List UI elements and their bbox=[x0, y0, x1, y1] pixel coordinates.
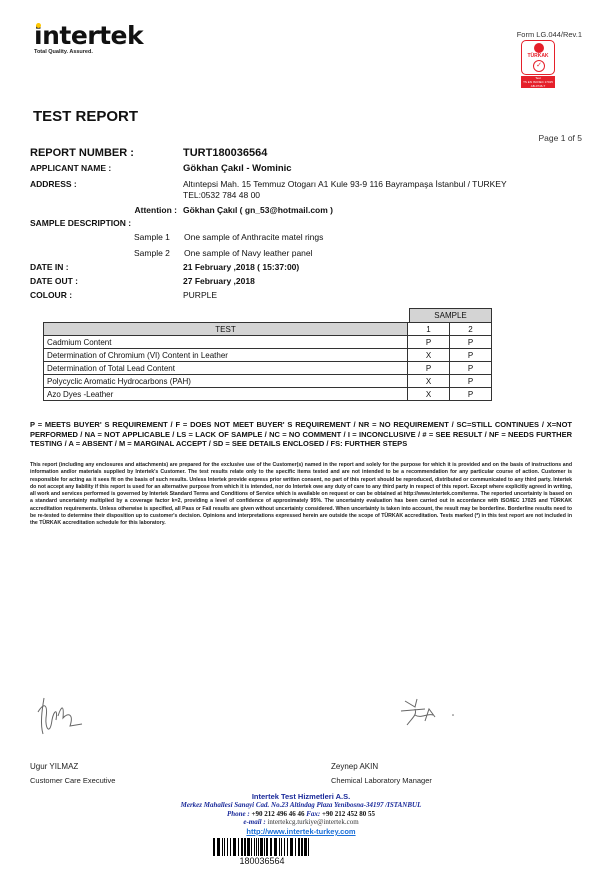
phone-number: +90 212 496 46 46 bbox=[252, 810, 305, 818]
sample-header: SAMPLE bbox=[410, 309, 492, 323]
sample-1-result-cell: X bbox=[408, 388, 450, 401]
badge-name: TÜRKAK bbox=[522, 53, 554, 59]
sample-1-text: One sample of Anthracite matel rings bbox=[184, 232, 323, 242]
phone-label: Phone : bbox=[227, 810, 250, 818]
signatory-1-name: Ugur YILMAZ bbox=[30, 762, 78, 771]
form-number: Form LG.044/Rev.1 bbox=[517, 30, 582, 39]
results-table: TEST 1 2 Cadmium ContentPPDetermination … bbox=[43, 322, 492, 401]
table-row: Determination of Total Lead ContentPP bbox=[44, 362, 492, 375]
sample-2-column-header: 2 bbox=[450, 323, 492, 336]
table-header-row: TEST 1 2 bbox=[44, 323, 492, 336]
website-link[interactable]: http://www.intertek-turkey.com bbox=[246, 827, 355, 836]
logo-text: intertek bbox=[34, 21, 143, 50]
sample-2-result-cell: P bbox=[450, 336, 492, 349]
logo-dot-icon bbox=[36, 23, 41, 28]
sample-2-result-cell: P bbox=[450, 388, 492, 401]
footer-company: Intertek Test Hizmetleri A.S. bbox=[0, 792, 602, 801]
turkak-accreditation-badge: TÜRKAK ✓ Test TS EN ISO/IEC 17025 AB-074… bbox=[521, 40, 555, 88]
test-column-header: TEST bbox=[44, 323, 408, 336]
intertek-logo: intertek Total Quality. Assured. bbox=[34, 24, 143, 55]
table-row: Azo Dyes -LeatherXP bbox=[44, 388, 492, 401]
badge-band: Test TS EN ISO/IEC 17025 AB-0746-T bbox=[521, 76, 555, 88]
checkmark-icon: ✓ bbox=[533, 60, 545, 72]
test-name-cell: Determination of Total Lead Content bbox=[44, 362, 408, 375]
email-link[interactable]: intertekcg.turkiye@intertek.com bbox=[267, 818, 358, 826]
page-indicator: Page 1 of 5 bbox=[539, 133, 582, 143]
sample-1-result-cell: X bbox=[408, 375, 450, 388]
date-out: 27 February ,2018 bbox=[183, 276, 255, 286]
test-name-cell: Polycyclic Aromatic Hydrocarbons (PAH) bbox=[44, 375, 408, 388]
barcode-number: 180036564 bbox=[213, 856, 311, 866]
table-row: Cadmium ContentPP bbox=[44, 336, 492, 349]
sample-1-result-cell: P bbox=[408, 336, 450, 349]
sample-2-label: Sample 2 bbox=[134, 248, 170, 258]
table-row: Determination of Chromium (VI) Content i… bbox=[44, 349, 492, 362]
fax-number: +90 212 452 80 55 bbox=[322, 810, 375, 818]
fax-label: Fax: bbox=[306, 810, 320, 818]
email-label: e-mail : bbox=[243, 818, 265, 826]
sample-2-result-cell: P bbox=[450, 349, 492, 362]
badge-band-line: AB-0746-T bbox=[521, 84, 555, 88]
footer-website-row: http://www.intertek-turkey.com bbox=[0, 827, 602, 836]
date-out-label: DATE OUT : bbox=[30, 276, 78, 286]
test-name-cell: Azo Dyes -Leather bbox=[44, 388, 408, 401]
test-name-cell: Determination of Chromium (VI) Content i… bbox=[44, 349, 408, 362]
address-line-1: Altıntepsi Mah. 15 Temmuz Otogarı A1 Kul… bbox=[183, 179, 507, 189]
sample-2-result-cell: P bbox=[450, 362, 492, 375]
report-number: TURT180036564 bbox=[183, 147, 267, 159]
footer-email: e-mail : intertekcg.turkiye@intertek.com bbox=[0, 818, 602, 826]
table-row: Polycyclic Aromatic Hydrocarbons (PAH)XP bbox=[44, 375, 492, 388]
disclaimer: This report (including any enclosures an… bbox=[30, 462, 572, 528]
colour-label: COLOUR : bbox=[30, 290, 72, 300]
report-number-label: REPORT NUMBER : bbox=[30, 147, 134, 159]
applicant-label: APPLICANT NAME : bbox=[30, 163, 111, 173]
attention-value: Gökhan Çakıl ( gn_53@hotmail.com ) bbox=[183, 205, 333, 215]
sample-1-result-cell: P bbox=[408, 362, 450, 375]
crescent-icon bbox=[534, 43, 544, 53]
applicant-name: Gökhan Çakıl - Wominic bbox=[183, 163, 292, 174]
sample-2-text: One sample of Navy leather panel bbox=[184, 248, 313, 258]
signatory-2-name: Zeynep AKIN bbox=[331, 762, 378, 771]
date-in: 21 February ,2018 ( 15:37:00) bbox=[183, 262, 299, 272]
signatory-1-title: Customer Care Executive bbox=[30, 776, 115, 785]
footer-phone-fax: Phone : +90 212 496 46 46 Fax: +90 212 4… bbox=[0, 810, 602, 818]
result-legend: P = MEETS BUYER' S REQUIREMENT / F = DOE… bbox=[30, 420, 572, 449]
sample-header-table: SAMPLE bbox=[409, 308, 492, 323]
page-title: TEST REPORT bbox=[33, 108, 138, 125]
colour-value: PURPLE bbox=[183, 290, 217, 300]
address-line-2: TEL:0532 784 48 00 bbox=[183, 190, 260, 200]
sample-1-label: Sample 1 bbox=[134, 232, 170, 242]
barcode bbox=[213, 838, 311, 856]
sample-1-column-header: 1 bbox=[408, 323, 450, 336]
sample-description-label: SAMPLE DESCRIPTION : bbox=[30, 218, 131, 228]
signature-zeynep-akin bbox=[395, 695, 465, 735]
signatory-2-title: Chemical Laboratory Manager bbox=[331, 776, 432, 785]
footer-address: Merkez Mahallesi Sanayi Cad. No.23 Altin… bbox=[0, 801, 602, 809]
sample-1-result-cell: X bbox=[408, 349, 450, 362]
signature-ugur-yilmaz bbox=[30, 690, 90, 740]
date-in-label: DATE IN : bbox=[30, 262, 69, 272]
sample-2-result-cell: P bbox=[450, 375, 492, 388]
attention-label: Attention : bbox=[135, 205, 178, 215]
address-label: ADDRESS : bbox=[30, 179, 77, 189]
test-name-cell: Cadmium Content bbox=[44, 336, 408, 349]
